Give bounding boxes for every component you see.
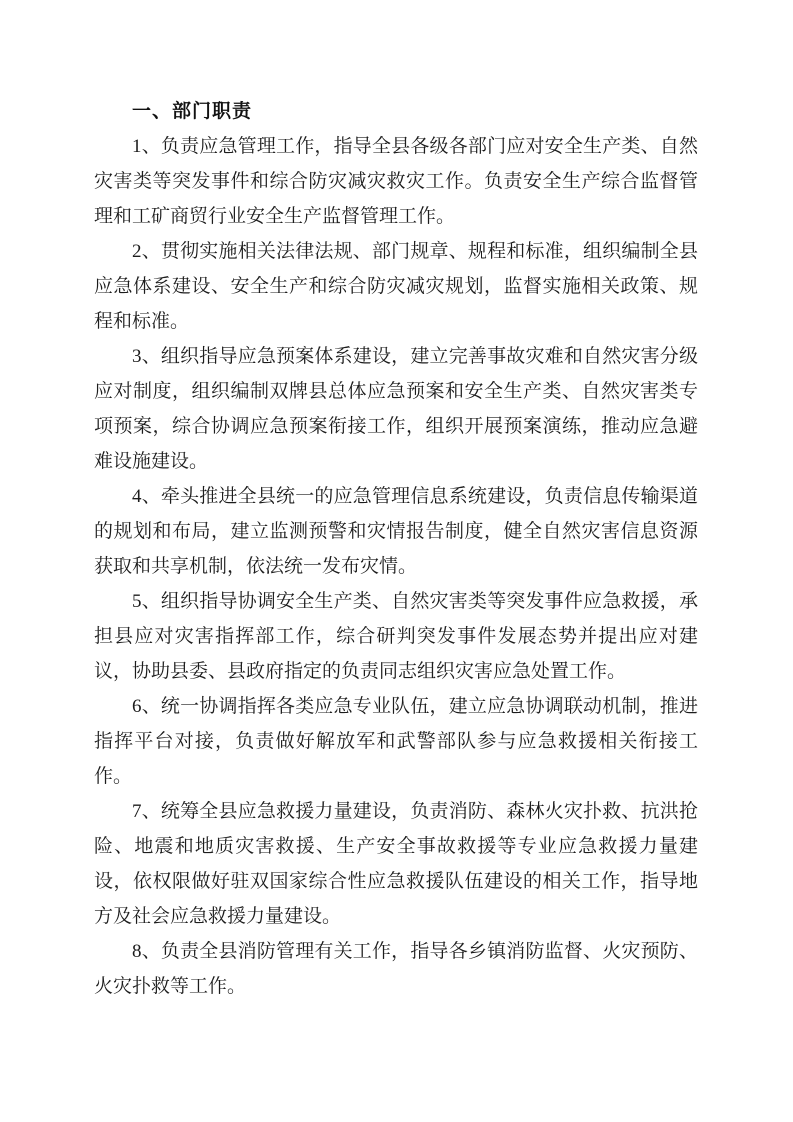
section-heading: 一、部门职责 [94, 94, 698, 129]
paragraph: 2、贯彻实施相关法律法规、部门规章、规程和标准，组织编制全县应急体系建设、安全生… [94, 234, 698, 339]
paragraph: 3、组织指导应急预案体系建设，建立完善事故灾难和自然灾害分级应对制度，组织编制双… [94, 339, 698, 479]
paragraph: 5、组织指导协调安全生产类、自然灾害类等突发事件应急救援，承担县应对灾害指挥部工… [94, 584, 698, 689]
paragraph: 7、统筹全县应急救援力量建设，负责消防、森林火灾扑救、抗洪抢险、地震和地质灾害救… [94, 794, 698, 934]
paragraph: 1、负责应急管理工作，指导全县各级各部门应对安全生产类、自然灾害类等突发事件和综… [94, 129, 698, 234]
paragraph: 6、统一协调指挥各类应急专业队伍，建立应急协调联动机制，推进指挥平台对接，负责做… [94, 689, 698, 794]
paragraph: 4、牵头推进全县统一的应急管理信息系统建设，负责信息传输渠道的规划和布局，建立监… [94, 479, 698, 584]
paragraph: 8、负责全县消防管理有关工作，指导各乡镇消防监督、火灾预防、火灾扑救等工作。 [94, 934, 698, 1004]
document-page: 一、部门职责 1、负责应急管理工作，指导全县各级各部门应对安全生产类、自然灾害类… [0, 0, 793, 1122]
